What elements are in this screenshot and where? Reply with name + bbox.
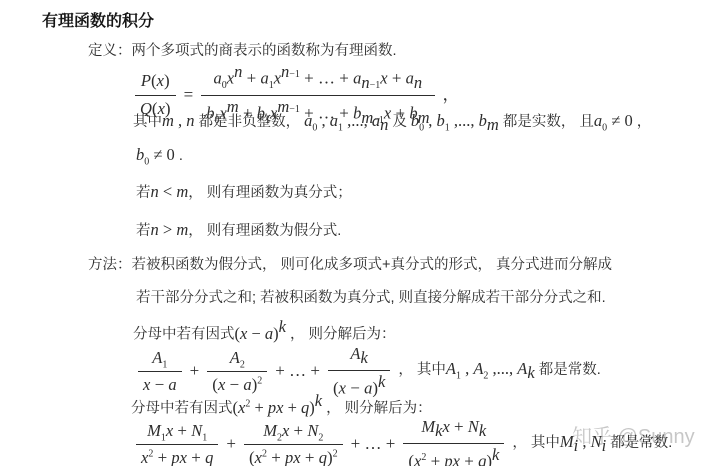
equals-sign: = [184,85,194,105]
lecture-note-page: 知乎 @Sunny 有理函数的积分 定义：两个多项式的商表示的函数称为有理函数.… [0,0,720,466]
plus-operator: + [226,434,236,454]
method-line-2: 若干部分分式之和; 若被积函数为真分式, 则直接分解成若干部分分式之和. [136,289,606,309]
proper-fraction-rule: 若n < m， 则有理函数为真分式； [136,184,352,204]
quadratic-fraction-1: M1x + N1 x2 + px + q [136,421,218,466]
fraction-numerator: Mkx + Nk [416,417,491,443]
linear-decomposition-formula: A1 x − a + A2 (x − a)2 + … + Ak (x − a)k… [136,344,601,399]
fraction-denominator: (x2 + px + q)2 [244,444,343,466]
quadratic-constants-note: ， 其中Mi , Ni 都是常数. [512,434,672,455]
method-label: 方法： [88,257,132,273]
fraction-denominator: x2 + px + q [136,444,218,466]
definition-line: 定义：两个多项式的商表示的函数称为有理函数. [88,42,397,62]
coefficients-condition-line: 其中m , n 都是非负整数， a0 , a1 ,..., an 及 b0 , … [133,113,651,134]
improper-fraction-rule: 若n > m， 则有理函数为假分式. [136,222,341,242]
method-line-1: 方法：若被积函数为假分式， 则可化成多项式+真分式的形式， 真分式进而分解成 [88,256,612,276]
quadratic-decomposition-formula: M1x + N1 x2 + px + q + M2x + N2 (x2 + px… [134,417,672,466]
linear-fraction-1: A1 x − a [138,348,182,396]
quadratic-factor-heading: 分母中若有因式(x2 + px + q)k ， 则分解后为： [131,393,432,419]
plus-ellipsis-operator: + … + [275,361,320,381]
fraction-denominator: x − a [138,371,182,395]
fraction-numerator: Ak [345,344,372,370]
rhs-numerator: a0xn + a1xn−1 + … + an−1x + an [209,64,428,95]
fraction-denominator: (x − a)2 [207,371,267,395]
plus-ellipsis-operator: + … + [351,434,396,454]
fraction-numerator: M1x + N1 [142,421,212,444]
lhs-numerator: P(x) [136,71,175,94]
linear-constants-note: ， 其中A1 , A2 ,..., Ak 都是常数. [398,361,600,382]
fraction-numerator: A1 [147,348,172,371]
linear-factor-heading: 分母中若有因式(x − a)k ， 则分解后为： [133,319,396,345]
linear-fraction-2: A2 (x − a)2 [207,348,267,396]
fraction-numerator: M2x + N2 [258,421,328,444]
b0-condition-line: b0 ≠ 0 . [136,147,183,167]
quadratic-fraction-2: M2x + N2 (x2 + px + q)2 [244,421,343,466]
method-text-1: 若被积函数为假分式， 则可化成多项式+真分式的形式， 真分式进而分解成 [132,257,613,273]
formula-comma: ， [443,85,460,105]
plus-operator: + [190,361,200,381]
definition-text: 两个多项式的商表示的函数称为有理函数. [132,43,397,59]
linear-fraction-k: Ak (x − a)k [328,344,390,399]
fraction-denominator: (x2 + px + q)k [403,443,504,466]
definition-label: 定义： [88,43,132,59]
fraction-numerator: A2 [225,348,250,371]
quadratic-fraction-k: Mkx + Nk (x2 + px + q)k [403,417,504,466]
page-title: 有理函数的积分 [42,8,154,31]
